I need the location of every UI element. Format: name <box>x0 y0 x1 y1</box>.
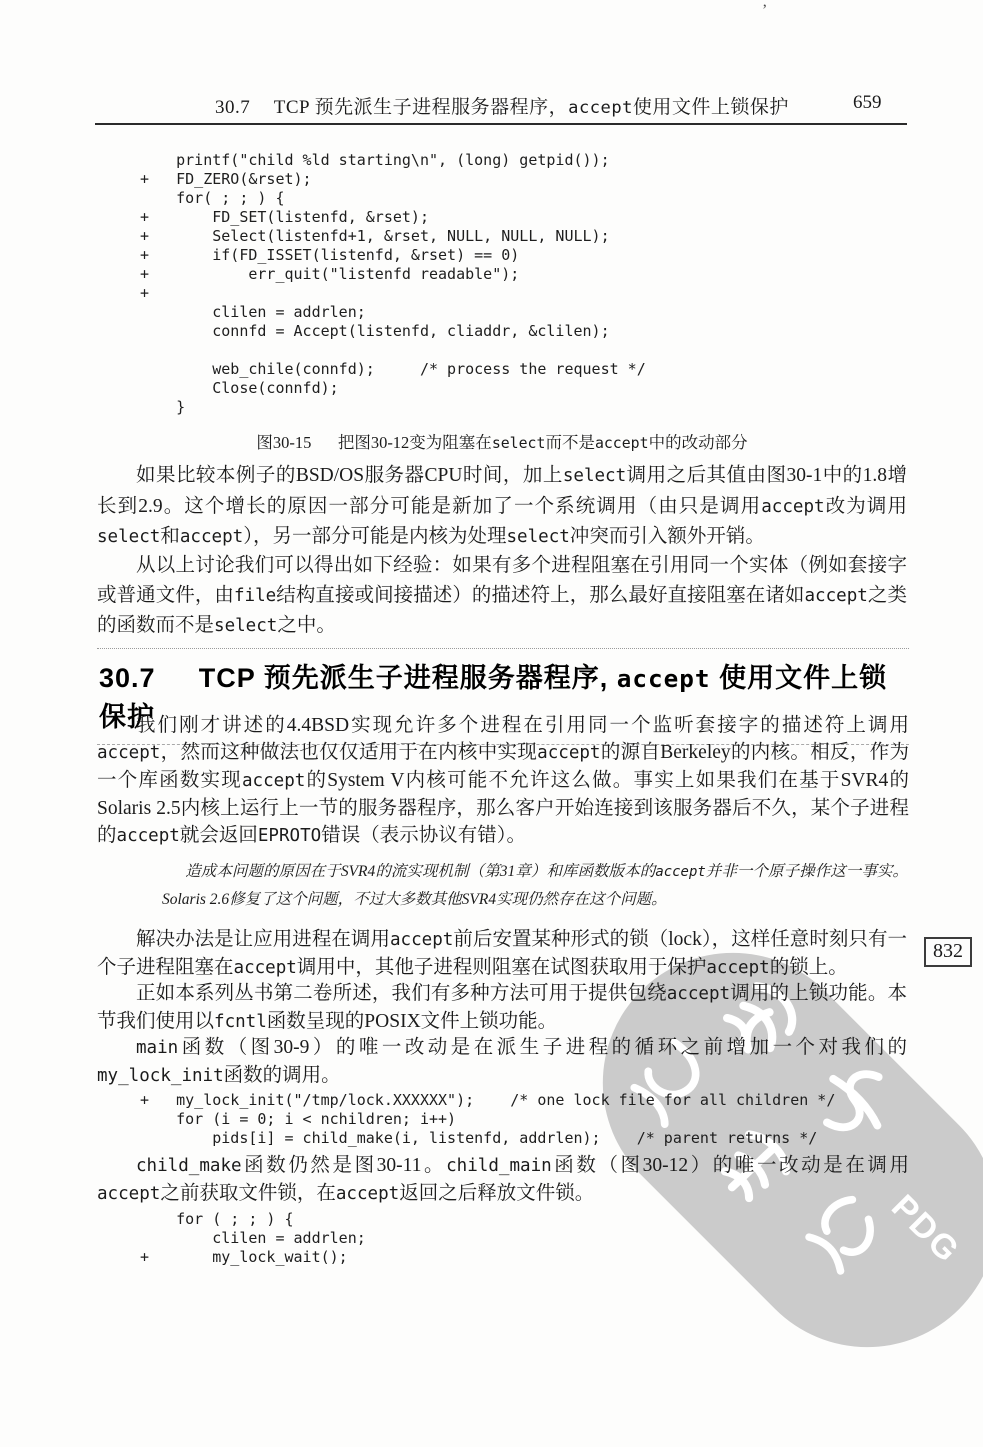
code-text-segment: accept <box>537 743 600 763</box>
text-segment: 把图30-12变为阻塞在 <box>338 433 492 452</box>
figure-caption-text: 把图30-12变为阻塞在select而不是accept中的改动部分 <box>338 433 748 452</box>
text-segment: 就会返回 <box>180 825 258 846</box>
paragraph-6: main函数（图30-9）的唯一改动是在派生子进程的循环之前增加一个对我们的my… <box>97 1034 907 1090</box>
code-text-segment: fcntl <box>214 1012 267 1032</box>
section-heading-number: 30.7 <box>99 663 156 693</box>
text-segment: 中的改动部分 <box>649 433 748 452</box>
code-text-segment: select <box>506 527 569 547</box>
text-segment: 改为调用 <box>825 496 907 517</box>
text-segment: 如果比较本例子的BSD/OS服务器CPU时间，加上 <box>136 465 563 486</box>
paragraph-3: 我们刚才讲述的4.4BSD实现允许多个进程在引用同一个监听套接字的描述符上调用a… <box>97 712 909 850</box>
code-text-segment: accept <box>761 497 824 517</box>
text-segment: ），另一部分可能是内核为处理 <box>243 526 506 547</box>
code-text-segment: file <box>234 586 276 606</box>
text-segment: 的锁上。 <box>770 957 848 978</box>
code-text-segment: child_make <box>136 1156 242 1176</box>
text-segment: 函数仍然是图30-11。 <box>242 1155 447 1176</box>
code-text-segment: accept <box>97 1184 160 1204</box>
scan-speck: ’ <box>762 2 767 20</box>
code-text-segment: accept <box>706 958 769 978</box>
running-header: 30.7 TCP 预先派生子进程服务器程序，accept使用文件上锁保护 <box>97 92 907 119</box>
text-segment: TCP 预先派生子进程服务器程序， <box>274 97 568 118</box>
text-segment: TCP 预先派生子进程服务器程序, <box>199 663 617 693</box>
text-segment: 函数的调用。 <box>224 1065 341 1086</box>
text-segment: 之中。 <box>277 615 336 636</box>
text-segment: ，然而这种做法也仅仅适用于在内核中实现 <box>160 742 537 763</box>
code-text-segment: accept <box>390 930 453 950</box>
paragraph-5: 正如本系列丛书第二卷所述，我们有多种方法可用于提供包绕accept调用的上锁功能… <box>97 980 907 1036</box>
code-text-segment: select <box>563 466 626 486</box>
text-segment: 之前获取文件锁，在 <box>160 1183 336 1204</box>
code-text-segment: my_lock_init <box>97 1066 224 1086</box>
text-segment: 解决办法是让应用进程在调用 <box>136 929 390 950</box>
code-text-segment: accept <box>805 586 868 606</box>
text-segment: 返回之后释放文件锁。 <box>399 1183 594 1204</box>
text-segment: 函数呈现的POSIX文件上锁功能。 <box>267 1011 557 1032</box>
margin-page-number-box: 832 <box>924 937 972 967</box>
code-text-segment: accept <box>97 743 160 763</box>
header-rule <box>95 123 907 125</box>
code-text-segment: accept <box>568 98 633 118</box>
paragraph-2: 从以上讨论我们可以得出如下经验：如果有多个进程阻塞在引用同一个实体（例如套接字或… <box>97 551 907 642</box>
text-segment: 结构直接或间接描述）的描述符上，那么最好直接阻塞在诸如 <box>276 585 804 606</box>
code-text-segment: accept <box>242 771 305 791</box>
page-number: 659 <box>853 92 882 114</box>
code-text-segment: accept <box>667 984 730 1004</box>
paragraph-7: child_make函数仍然是图30-11。child_main函数（图30-1… <box>97 1152 909 1208</box>
main-change-code-block: + my_lock_init("/tmp/lock.XXXXXX"); /* o… <box>140 1091 835 1148</box>
code-text-segment: EPROTO <box>258 826 321 846</box>
code-text-segment: select <box>214 616 277 636</box>
text-segment: 造成本问题的原因在于SVR4的流实现机制（第31章）和库函数版本的 <box>185 863 655 880</box>
running-header-section-number: 30.7 <box>215 97 250 118</box>
code-text-segment: accept <box>180 527 243 547</box>
text-segment: 和 <box>160 526 180 547</box>
text-segment: 函数（图30-12）的唯一改动是在调用 <box>552 1155 909 1176</box>
code-text-segment: accept <box>595 434 649 452</box>
code-text-segment: accept <box>234 958 297 978</box>
paragraph-4: 解决办法是让应用进程在调用accept前后安置某种形式的锁（lock），这样任意… <box>97 926 907 982</box>
code-text-segment: select <box>492 434 546 452</box>
code-text-segment: child_main <box>446 1156 552 1176</box>
code-text-segment: main <box>136 1038 178 1058</box>
paragraph-1: 如果比较本例子的BSD/OS服务器CPU时间，加上select调用之后其值由图3… <box>97 461 907 553</box>
child-main-code-block: for ( ; ; ) { clilen = addrlen; + my_loc… <box>140 1210 366 1267</box>
text-segment: 而不是 <box>545 433 595 452</box>
text-segment: 调用中，其他子进程则阻塞在试图获取用于保护 <box>297 957 707 978</box>
code-text-segment: select <box>97 527 160 547</box>
figure-caption-label: 图30-15 <box>256 433 311 452</box>
text-segment: 我们刚才讲述的4.4BSD实现允许多个进程在引用同一个监听套接字的描述符上调用 <box>136 715 909 736</box>
running-header-title: TCP 预先派生子进程服务器程序，accept使用文件上锁保护 <box>274 97 789 118</box>
text-segment: 正如本系列丛书第二卷所述，我们有多种方法可用于提供包绕 <box>136 983 667 1004</box>
book-page: ’ 30.7 TCP 预先派生子进程服务器程序，accept使用文件上锁保护 6… <box>0 0 983 1447</box>
code-text-segment: accept <box>617 664 711 693</box>
code-text-segment: accept <box>655 864 705 880</box>
code-text-segment: accept <box>336 1184 399 1204</box>
figure-code-block: printf("child %ld starting\n", (long) ge… <box>140 151 646 417</box>
text-segment: 冲突而引入额外开销。 <box>570 526 765 547</box>
text-segment: 函数（图30-9）的唯一改动是在派生子进程的循环之前增加一个对我们的 <box>178 1037 907 1058</box>
note-paragraph: 造成本问题的原因在于SVR4的流实现机制（第31章）和库函数版本的accept并… <box>162 858 908 914</box>
code-text-segment: accept <box>117 826 180 846</box>
text-segment: 使用文件上锁保护 <box>633 97 789 118</box>
figure-caption: 图30-15把图30-12变为阻塞在select而不是accept中的改动部分 <box>97 429 907 453</box>
text-segment: 错误（表示协议有错）。 <box>321 825 526 846</box>
